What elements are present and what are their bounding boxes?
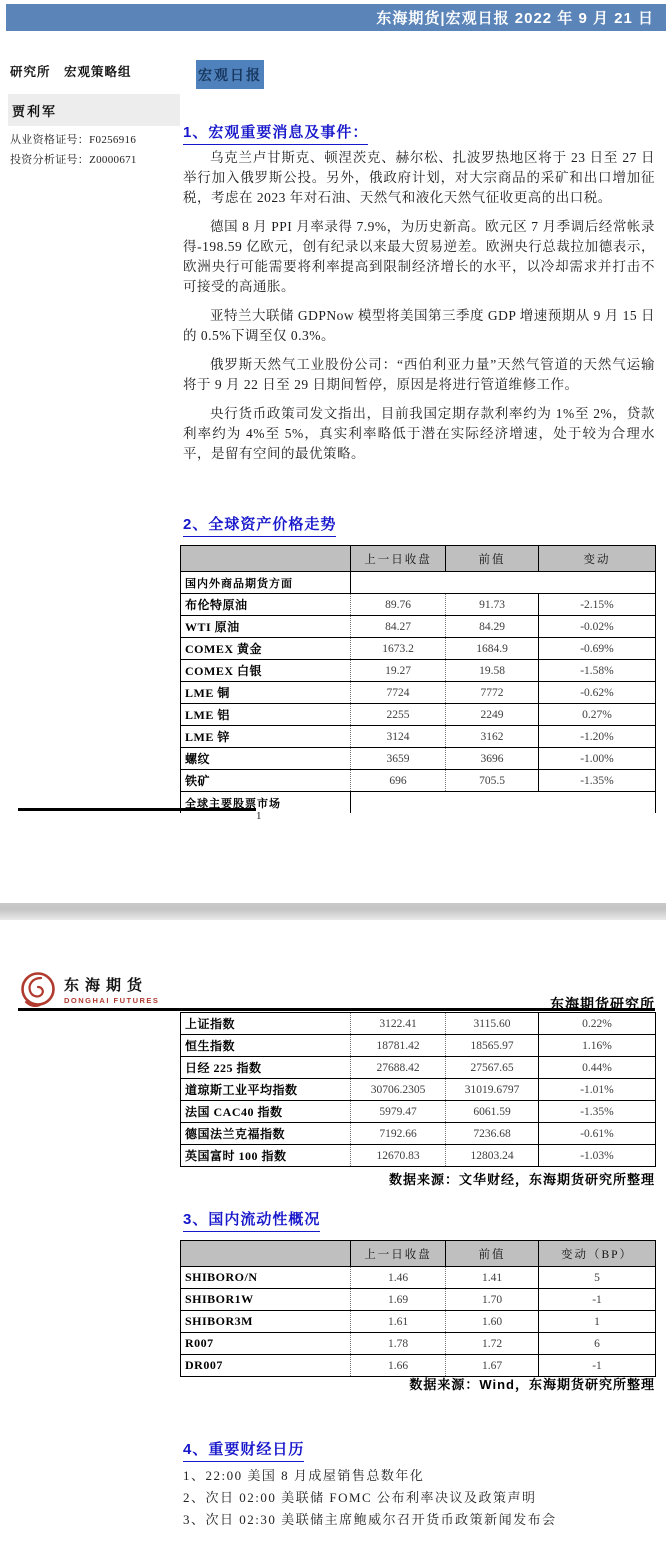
header-change: 变动 bbox=[539, 546, 656, 572]
table-row: R0071.781.726 bbox=[181, 1333, 656, 1355]
row-label: LME 铝 bbox=[181, 704, 351, 726]
prev-close-value: 84.27 bbox=[351, 616, 446, 638]
prev-close-value: 1673.2 bbox=[351, 638, 446, 660]
row-label: 英国富时 100 指数 bbox=[181, 1145, 351, 1167]
change-value: -1.35% bbox=[539, 1101, 656, 1123]
page-gap bbox=[0, 903, 666, 920]
header-change-bp: 变动（BP） bbox=[539, 1241, 656, 1267]
row-label: COMEX 白银 bbox=[181, 660, 351, 682]
logo-cn-text: 东海期货 bbox=[64, 974, 159, 995]
row-label: 日经 225 指数 bbox=[181, 1057, 351, 1079]
table-row: 上证指数3122.413115.600.22% bbox=[181, 1013, 656, 1035]
header-prev-close: 上一日收盘 bbox=[351, 1241, 446, 1267]
footer-separator-line bbox=[18, 808, 256, 811]
prev-close-value: 3659 bbox=[351, 748, 446, 770]
department-line: 研究所 宏观策略组 bbox=[10, 62, 132, 80]
prev-close-value: 3124 bbox=[351, 726, 446, 748]
table-section-row: 国内外商品期货方面 bbox=[181, 572, 656, 594]
table-row: 德国法兰克福指数7192.667236.68-0.61% bbox=[181, 1123, 656, 1145]
calendar-item: 1、22:00 美国 8 月成屋销售总数年化 bbox=[183, 1465, 655, 1487]
row-label: LME 锌 bbox=[181, 726, 351, 748]
row-label: COMEX 黄金 bbox=[181, 638, 351, 660]
page-number: 1 bbox=[256, 810, 262, 822]
news-paragraph: 乌克兰卢甘斯克、顿涅茨克、赫尔松、扎波罗热地区将于 23 日至 27 日举行加入… bbox=[183, 148, 655, 208]
prev-close-value: 1.46 bbox=[351, 1267, 446, 1289]
change-value: -0.02% bbox=[539, 616, 656, 638]
row-label: 法国 CAC40 指数 bbox=[181, 1101, 351, 1123]
change-value: -1.20% bbox=[539, 726, 656, 748]
table-row: 英国富时 100 指数12670.8312803.24-1.03% bbox=[181, 1145, 656, 1167]
section4-heading: 4、重要财经日历 bbox=[183, 1438, 304, 1462]
prior-value: 12803.24 bbox=[446, 1145, 539, 1167]
prior-value: 1684.9 bbox=[446, 638, 539, 660]
table-row: SHIBOR3M1.611.601 bbox=[181, 1311, 656, 1333]
change-value: 1.16% bbox=[539, 1035, 656, 1057]
stock-index-table: 上证指数3122.413115.600.22%恒生指数18781.4218565… bbox=[180, 1012, 656, 1167]
row-label: SHIBOR1W bbox=[181, 1289, 351, 1311]
row-label: 螺纹 bbox=[181, 748, 351, 770]
report-title-bar: 东海期货|宏观日报 2022 年 9 月 21 日 bbox=[6, 4, 666, 31]
prior-value: 19.58 bbox=[446, 660, 539, 682]
report-title: 东海期货|宏观日报 2022 年 9 月 21 日 bbox=[376, 7, 654, 28]
liquidity-table: 上一日收盘 前值 变动（BP） SHIBORO/N1.461.415SHIBOR… bbox=[180, 1240, 656, 1377]
prior-value: 3115.60 bbox=[446, 1013, 539, 1035]
table-row: COMEX 白银19.2719.58-1.58% bbox=[181, 660, 656, 682]
table-row: LME 铝225522490.27% bbox=[181, 704, 656, 726]
table-header-row: 上一日收盘 前值 变动 bbox=[181, 546, 656, 572]
analyst-name: 贾利军 bbox=[12, 101, 57, 120]
news-paragraph: 德国 8 月 PPI 月率录得 7.9%，为历史新高。欧元区 7 月季调后经常帐… bbox=[183, 217, 655, 297]
row-label: 国内外商品期货方面 bbox=[181, 572, 351, 594]
row-label: 德国法兰克福指数 bbox=[181, 1123, 351, 1145]
change-value: 0.27% bbox=[539, 704, 656, 726]
calendar-item: 2、次日 02:00 美联储 FOMC 公布利率决议及政策声明 bbox=[183, 1487, 655, 1509]
page2-header-rule bbox=[18, 1008, 655, 1011]
row-label: 上证指数 bbox=[181, 1013, 351, 1035]
prev-close-value: 27688.42 bbox=[351, 1057, 446, 1079]
prev-close-value: 696 bbox=[351, 770, 446, 792]
table-row: 日经 225 指数27688.4227567.650.44% bbox=[181, 1057, 656, 1079]
prev-close-value: 3122.41 bbox=[351, 1013, 446, 1035]
prior-value: 3696 bbox=[446, 748, 539, 770]
section1-heading: 1、宏观重要消息及事件： bbox=[183, 121, 368, 145]
change-value: -0.62% bbox=[539, 682, 656, 704]
table-row: 铁矿696705.5-1.35% bbox=[181, 770, 656, 792]
prior-value: 2249 bbox=[446, 704, 539, 726]
prev-close-value: 19.27 bbox=[351, 660, 446, 682]
row-label: SHIBOR3M bbox=[181, 1311, 351, 1333]
prev-close-value: 7724 bbox=[351, 682, 446, 704]
research-institute-label: 东海期货研究所 bbox=[550, 994, 655, 1014]
row-empty bbox=[351, 792, 656, 814]
table-row: SHIBOR1W1.691.70-1 bbox=[181, 1289, 656, 1311]
table-row: WTI 原油84.2784.29-0.02% bbox=[181, 616, 656, 638]
prev-close-value: 12670.83 bbox=[351, 1145, 446, 1167]
table-row: 恒生指数18781.4218565.971.16% bbox=[181, 1035, 656, 1057]
prior-value: 31019.6797 bbox=[446, 1079, 539, 1101]
prior-value: 91.73 bbox=[446, 594, 539, 616]
seahorse-emblem-icon bbox=[18, 966, 58, 1012]
table-row: COMEX 黄金1673.21684.9-0.69% bbox=[181, 638, 656, 660]
prior-value: 84.29 bbox=[446, 616, 539, 638]
prior-value: 1.70 bbox=[446, 1289, 539, 1311]
row-label: 道琼斯工业平均指数 bbox=[181, 1079, 351, 1101]
row-label: WTI 原油 bbox=[181, 616, 351, 638]
change-value: -1 bbox=[539, 1289, 656, 1311]
change-value: -1.03% bbox=[539, 1145, 656, 1167]
prior-value: 7772 bbox=[446, 682, 539, 704]
company-logo: 东海期货 DONGHAI FUTURES bbox=[18, 966, 159, 1012]
change-value: -0.61% bbox=[539, 1123, 656, 1145]
row-label: 恒生指数 bbox=[181, 1035, 351, 1057]
row-label: 铁矿 bbox=[181, 770, 351, 792]
header-prior: 前值 bbox=[446, 546, 539, 572]
table-header-row: 上一日收盘 前值 变动（BP） bbox=[181, 1241, 656, 1267]
news-paragraph: 亚特兰大联储 GDPNow 模型将美国第三季度 GDP 增速预期从 9 月 15… bbox=[183, 306, 655, 346]
change-value: -1.01% bbox=[539, 1079, 656, 1101]
prev-close-value: 5979.47 bbox=[351, 1101, 446, 1123]
table-row: 螺纹36593696-1.00% bbox=[181, 748, 656, 770]
table-row: LME 锌31243162-1.20% bbox=[181, 726, 656, 748]
change-value: 1 bbox=[539, 1311, 656, 1333]
prior-value: 1.60 bbox=[446, 1311, 539, 1333]
prev-close-value: 89.76 bbox=[351, 594, 446, 616]
change-value: -1.58% bbox=[539, 660, 656, 682]
change-value: 0.22% bbox=[539, 1013, 656, 1035]
header-empty bbox=[181, 1241, 351, 1267]
change-value: -1.00% bbox=[539, 748, 656, 770]
macro-daily-badge: 宏观日报 bbox=[196, 60, 264, 89]
change-value: -1.35% bbox=[539, 770, 656, 792]
calendar-item: 3、次日 02:30 美联储主席鲍威尔召开货币政策新闻发布会 bbox=[183, 1509, 655, 1531]
row-label: LME 铜 bbox=[181, 682, 351, 704]
prior-value: 6061.59 bbox=[446, 1101, 539, 1123]
global-asset-price-table: 上一日收盘 前值 变动 国内外商品期货方面布伦特原油89.7691.73-2.1… bbox=[180, 545, 656, 813]
news-paragraphs: 乌克兰卢甘斯克、顿涅茨克、赫尔松、扎波罗热地区将于 23 日至 27 日举行加入… bbox=[183, 148, 655, 473]
news-paragraph: 央行货币政策司发文指出，目前我国定期存款利率约为 1%至 2%，贷款利率约为 4… bbox=[183, 404, 655, 464]
prev-close-value: 7192.66 bbox=[351, 1123, 446, 1145]
economic-calendar-list: 1、22:00 美国 8 月成屋销售总数年化2、次日 02:00 美联储 FOM… bbox=[183, 1465, 655, 1531]
table-row: 布伦特原油89.7691.73-2.15% bbox=[181, 594, 656, 616]
prior-value: 3162 bbox=[446, 726, 539, 748]
news-paragraph: 俄罗斯天然气工业股份公司：“西伯利亚力量”天然气管道的天然气运输将于 9 月 2… bbox=[183, 355, 655, 395]
prior-value: 18565.97 bbox=[446, 1035, 539, 1057]
section3-heading: 3、国内流动性概况 bbox=[183, 1208, 320, 1232]
table-row: LME 铜77247772-0.62% bbox=[181, 682, 656, 704]
practice-cert-number: 从业资格证号：F0256916 bbox=[10, 131, 136, 147]
row-label: SHIBORO/N bbox=[181, 1267, 351, 1289]
table-row: SHIBORO/N1.461.415 bbox=[181, 1267, 656, 1289]
analyst-name-band: 贾利军 bbox=[8, 94, 180, 126]
table-row: 法国 CAC40 指数5979.476061.59-1.35% bbox=[181, 1101, 656, 1123]
row-label: 布伦特原油 bbox=[181, 594, 351, 616]
logo-en-text: DONGHAI FUTURES bbox=[64, 996, 159, 1005]
header-prior: 前值 bbox=[446, 1241, 539, 1267]
table3-source-caption: 数据来源：Wind，东海期货研究所整理 bbox=[180, 1374, 655, 1393]
prev-close-value: 18781.42 bbox=[351, 1035, 446, 1057]
change-value: 5 bbox=[539, 1267, 656, 1289]
row-label: R007 bbox=[181, 1333, 351, 1355]
change-value: -0.69% bbox=[539, 638, 656, 660]
prev-close-value: 2255 bbox=[351, 704, 446, 726]
change-value: -2.15% bbox=[539, 594, 656, 616]
table2-source-caption: 数据来源：文华财经，东海期货研究所整理 bbox=[180, 1169, 655, 1188]
row-empty bbox=[351, 572, 656, 594]
header-prev-close: 上一日收盘 bbox=[351, 546, 446, 572]
analysis-cert-number: 投资分析证号：Z0000671 bbox=[10, 151, 137, 167]
prev-close-value: 1.61 bbox=[351, 1311, 446, 1333]
change-value: 0.44% bbox=[539, 1057, 656, 1079]
prior-value: 705.5 bbox=[446, 770, 539, 792]
section2-heading: 2、全球资产价格走势 bbox=[183, 513, 336, 537]
prior-value: 1.41 bbox=[446, 1267, 539, 1289]
prior-value: 7236.68 bbox=[446, 1123, 539, 1145]
header-empty bbox=[181, 546, 351, 572]
prior-value: 1.72 bbox=[446, 1333, 539, 1355]
prior-value: 27567.65 bbox=[446, 1057, 539, 1079]
change-value: 6 bbox=[539, 1333, 656, 1355]
prev-close-value: 30706.2305 bbox=[351, 1079, 446, 1101]
prev-close-value: 1.78 bbox=[351, 1333, 446, 1355]
table-row: 道琼斯工业平均指数30706.230531019.6797-1.01% bbox=[181, 1079, 656, 1101]
prev-close-value: 1.69 bbox=[351, 1289, 446, 1311]
